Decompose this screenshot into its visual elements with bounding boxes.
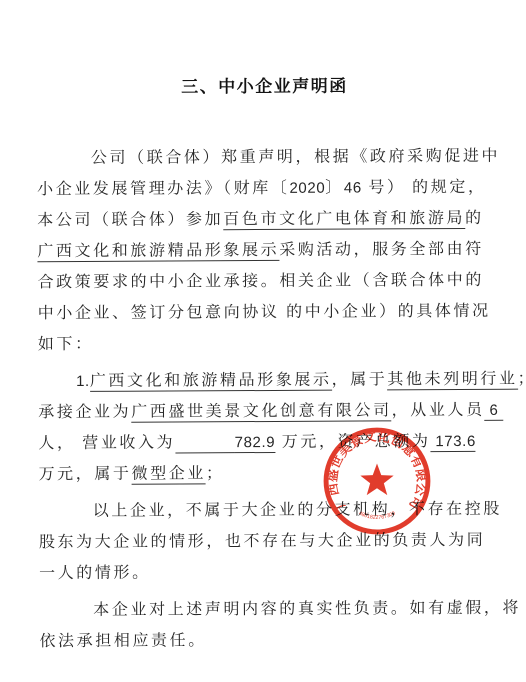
text-segment: 46	[344, 179, 362, 196]
paragraph: 1.广西文化和旅游精品形象展示，属于其他未列明行业；承接企业为广西盛世美景文化创…	[38, 364, 495, 490]
underlined-text: 广西文化和旅游精品形象展示	[90, 372, 332, 392]
text-segment: 以上企业，不属于大企业的分支机构，不存在控股	[93, 501, 502, 520]
text-segment: ；	[518, 371, 526, 388]
text-line: 依法承担相应责任。	[39, 624, 495, 657]
text-line: 本企业对上述声明内容的真实性负责。如有虚假，将	[39, 593, 495, 626]
text-segment: 如下：	[38, 336, 94, 353]
paragraph: 以上企业，不属于大企业的分支机构，不存在控股股东为大企业的情形，也不存在与大企业…	[39, 494, 495, 589]
text-line: 一人的情形。	[39, 556, 495, 589]
text-segment: 万元，属于	[39, 466, 132, 483]
underlined-text: 173.6	[431, 433, 476, 452]
text-segment: ；	[206, 465, 225, 482]
underlined-text: 百色市文化广电体育和旅游局	[223, 210, 465, 230]
document-content: 三、中小企业声明函 公司（联合体）郑重声明，根据《政府采购促进中小企业发展管理办…	[36, 71, 495, 663]
text-line: 广西文化和旅游精品形象展示采购活动，服务全部由符	[37, 234, 493, 267]
text-segment: 股东为大企业的情形，也不存在与大企业的负责人为同	[39, 532, 485, 551]
text-segment: 本企业对上述声明内容的真实性负责。如有虚假，将	[93, 600, 521, 619]
underlined-text: 广西文化和旅游精品形象展示	[37, 242, 279, 262]
text-line: 中小企业、签订分包意向协议 的中小企业）的具体情况	[38, 296, 494, 329]
text-segment: 的	[465, 210, 484, 227]
text-line: 公司（联合体）郑重声明，根据《政府采购促进中	[37, 141, 493, 174]
text-line: 人， 营业收入为 782.9 万元，资产总额为 173.6	[38, 426, 494, 459]
text-segment: 采购活动，服务全部由符	[279, 241, 484, 259]
underlined-text: 广西盛世美景文化创意有限公司	[131, 402, 392, 422]
text-line: 小企业发展管理办法》（财库〔2020〕46 号） 的规定，	[37, 172, 493, 205]
text-segment: 依法承担相应责任。	[39, 632, 206, 650]
paragraph: 公司（联合体）郑重声明，根据《政府采购促进中小企业发展管理办法》（财库〔2020…	[37, 141, 494, 360]
text-line: 万元，属于微型企业；	[38, 457, 494, 490]
text-segment: 小企业发展管理办法》（财库〔	[37, 180, 289, 198]
text-segment: 中小企业、签订分包意向协议 的中小企业）的具体情况	[38, 303, 491, 322]
text-line: 如下：	[38, 327, 494, 360]
text-segment: 号） 的规定，	[362, 179, 487, 197]
text-line: 1.广西文化和旅游精品形象展示，属于其他未列明行业；	[38, 364, 494, 397]
text-line: 股东为大企业的情形，也不存在与大企业的负责人为同	[39, 525, 495, 558]
text-segment: 2020	[289, 180, 325, 197]
text-segment: ，从业人员	[392, 402, 485, 419]
text-line: 合政策要求的中小企业承接。相关企业（含联合体中的	[37, 265, 493, 298]
text-segment: 1.	[76, 373, 90, 390]
document-body: 公司（联合体）郑重声明，根据《政府采购促进中小企业发展管理办法》（财库〔2020…	[37, 141, 496, 657]
text-segment: 公司（联合体）郑重声明，根据《政府采购促进中	[91, 148, 500, 167]
text-segment: 合政策要求的中小企业承接。相关企业（含联合体中的	[38, 272, 484, 291]
underlined-text: 782.9	[235, 434, 276, 453]
page-title: 三、中小企业声明函	[36, 71, 492, 98]
text-line: 本公司（联合体）参加百色市文化广电体育和旅游局的	[37, 203, 493, 236]
text-segment: ，属于	[332, 371, 388, 388]
text-segment: 人， 营业收入为	[38, 434, 175, 452]
paragraph: 本企业对上述声明内容的真实性负责。如有虚假，将依法承担相应责任。	[39, 593, 495, 657]
underlined-text: 微型企业	[132, 465, 207, 484]
text-segment: 万元，资产总额为	[275, 433, 430, 451]
text-segment: 本公司（联合体）参加	[37, 211, 223, 229]
text-segment: 〕	[325, 180, 344, 197]
underlined-text	[175, 434, 235, 453]
underlined-text: 其他未列明行业	[387, 371, 517, 391]
text-line: 承接企业为广西盛世美景文化创意有限公司，从业人员 6	[38, 395, 494, 428]
text-line: 以上企业，不属于大企业的分支机构，不存在控股	[39, 494, 495, 527]
declaration-page: 三、中小企业声明函 公司（联合体）郑重声明，根据《政府采购促进中小企业发展管理办…	[0, 0, 526, 682]
text-segment: 一人的情形。	[39, 565, 151, 583]
text-segment: 承接企业为	[38, 404, 131, 421]
underlined-text: 6	[485, 402, 504, 421]
